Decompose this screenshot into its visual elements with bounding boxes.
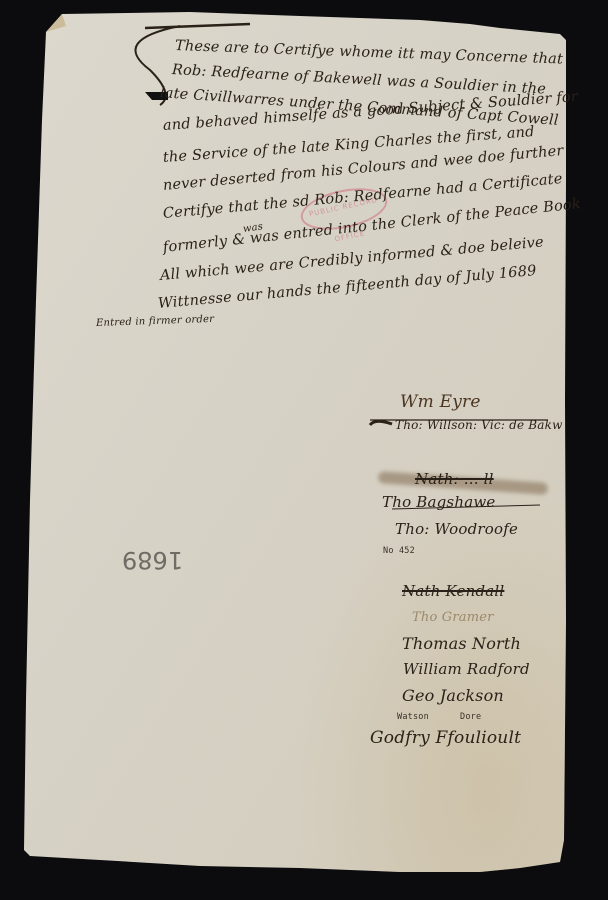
signature-11: Godfry Ffoulioult bbox=[370, 728, 521, 748]
signature-9: William Radford bbox=[403, 660, 530, 678]
signature-3-struck: Nath: ... ll bbox=[415, 470, 494, 488]
signature-8: Thomas North bbox=[402, 634, 521, 653]
signature-5: Tho: Woodroofe bbox=[395, 520, 518, 538]
signature-7: Tho Gramer bbox=[412, 610, 494, 625]
annotation-watson: Watson bbox=[397, 712, 429, 722]
signature-10: Geo Jackson bbox=[402, 686, 504, 705]
signature-4: Tho Bagshawe bbox=[382, 493, 495, 511]
pencil-date: 1689 bbox=[122, 546, 183, 574]
annotation-dore: Dore bbox=[460, 712, 481, 722]
signature-6-struck: Nath Kendall bbox=[402, 582, 504, 600]
signature-1: Wm Eyre bbox=[400, 392, 481, 412]
manuscript-page: PUBLIC RECORD OFFICE These are to Certif… bbox=[0, 0, 608, 900]
signature-2: Tho: Willson: Vic: de Bakw bbox=[395, 418, 563, 432]
reference-number: No 452 bbox=[383, 546, 415, 556]
